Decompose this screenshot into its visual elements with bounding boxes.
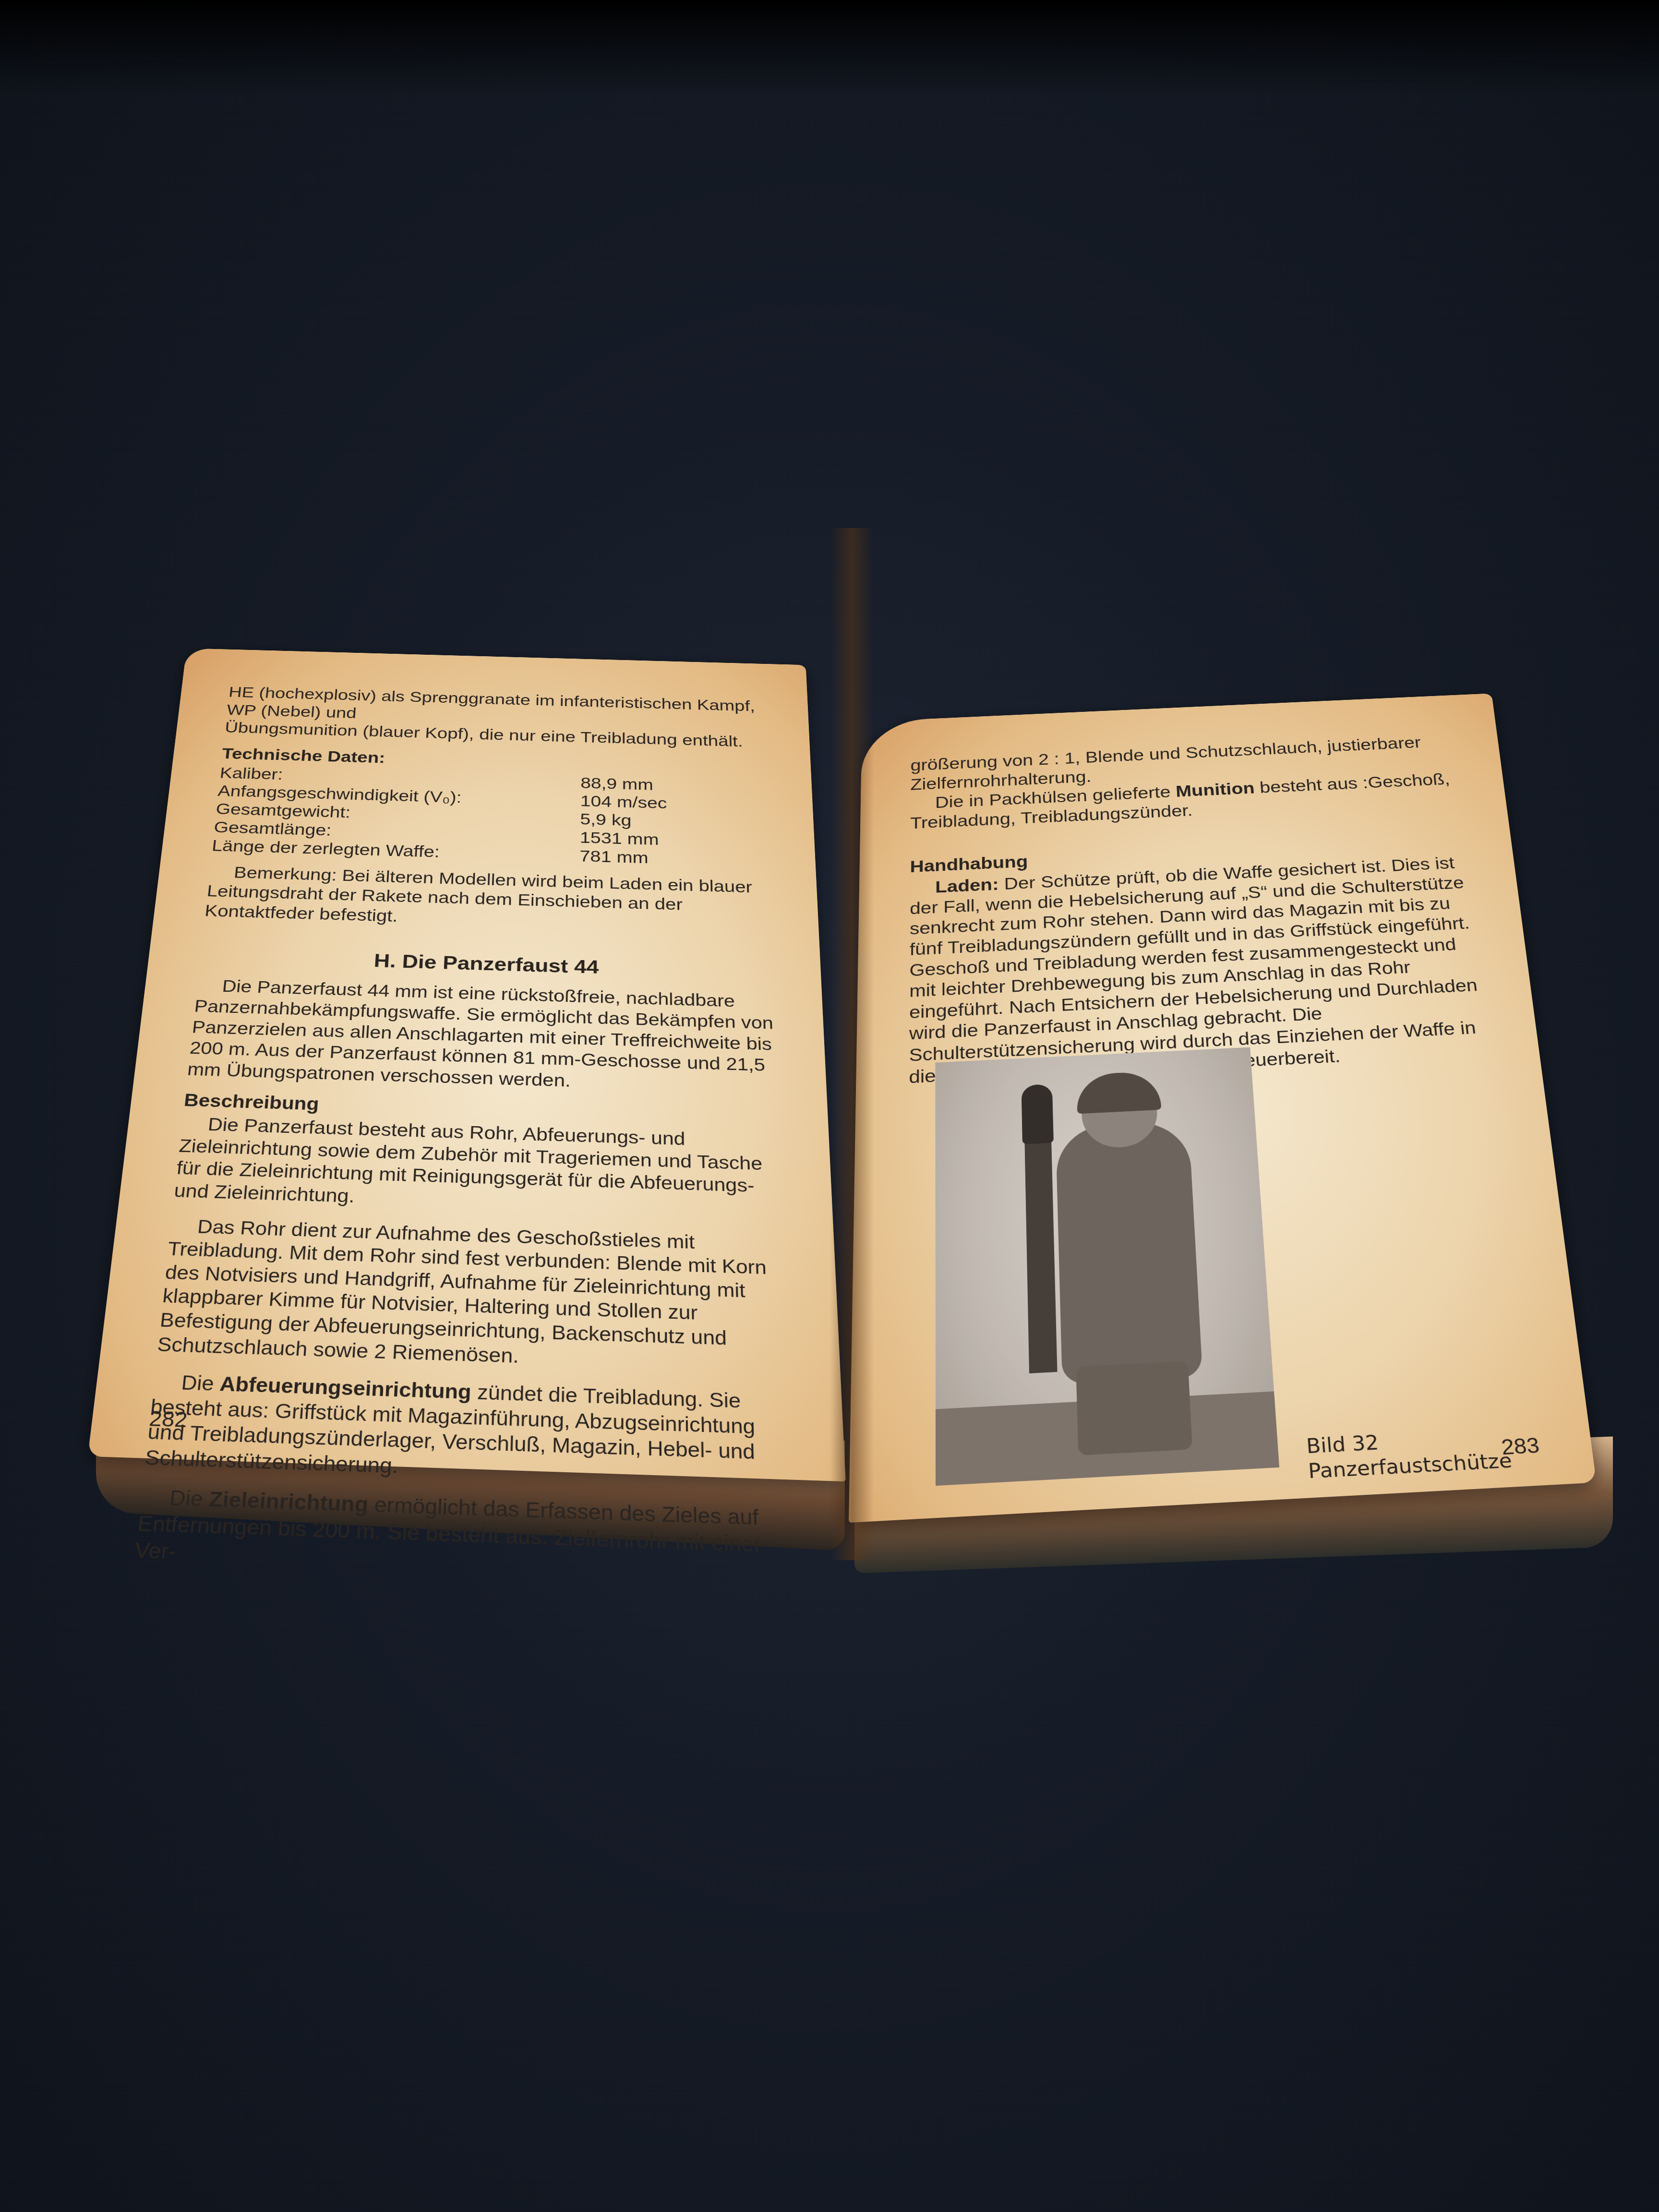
bold-term: Zieleinrichtung <box>208 1487 369 1516</box>
figure-caption: Bild 32 Panzerfaustschütze <box>1306 1424 1514 1484</box>
bold-term: Laden: <box>935 875 999 897</box>
page-number: 282 <box>148 1407 188 1432</box>
remark-paragraph: Bemerkung: Bei älteren Modellen wird bei… <box>204 862 773 937</box>
right-page: größerung von 2 : 1, Blende und Schutzsc… <box>849 693 1597 1523</box>
panzerfaust-tube <box>1024 1139 1057 1373</box>
soldier-helmet <box>1076 1071 1162 1114</box>
text-run: Die <box>180 1371 221 1395</box>
figure-photo <box>935 1047 1279 1486</box>
panzerfaust-warhead <box>1022 1084 1054 1144</box>
section-intro-paragraph: Die Panzerfaust 44 mm ist eine rückstoßf… <box>186 975 779 1097</box>
soldier-body <box>1056 1120 1203 1384</box>
soldier-legs <box>1076 1361 1192 1455</box>
text-run: Die <box>168 1486 210 1511</box>
book-spine <box>830 528 874 1560</box>
description-paragraph: Das Rohr dient zur Aufnahme des Geschoßs… <box>156 1214 789 1377</box>
tech-data-table: Kaliber: 88,9 mm Anfangsgeschwindigkeit … <box>211 764 770 871</box>
description-paragraph: Die Abfeuerungseinrichtung zündet die Tr… <box>144 1370 793 1492</box>
left-page: HE (hochexplosiv) als Sprenggranate im i… <box>88 648 846 1481</box>
description-paragraph: Die Panzerfaust besteht aus Rohr, Abfeue… <box>173 1113 783 1221</box>
open-book: HE (hochexplosiv) als Sprenggranate im i… <box>0 0 1659 2212</box>
page-number: 283 <box>1500 1433 1541 1460</box>
bold-term: Munition <box>1175 779 1255 800</box>
